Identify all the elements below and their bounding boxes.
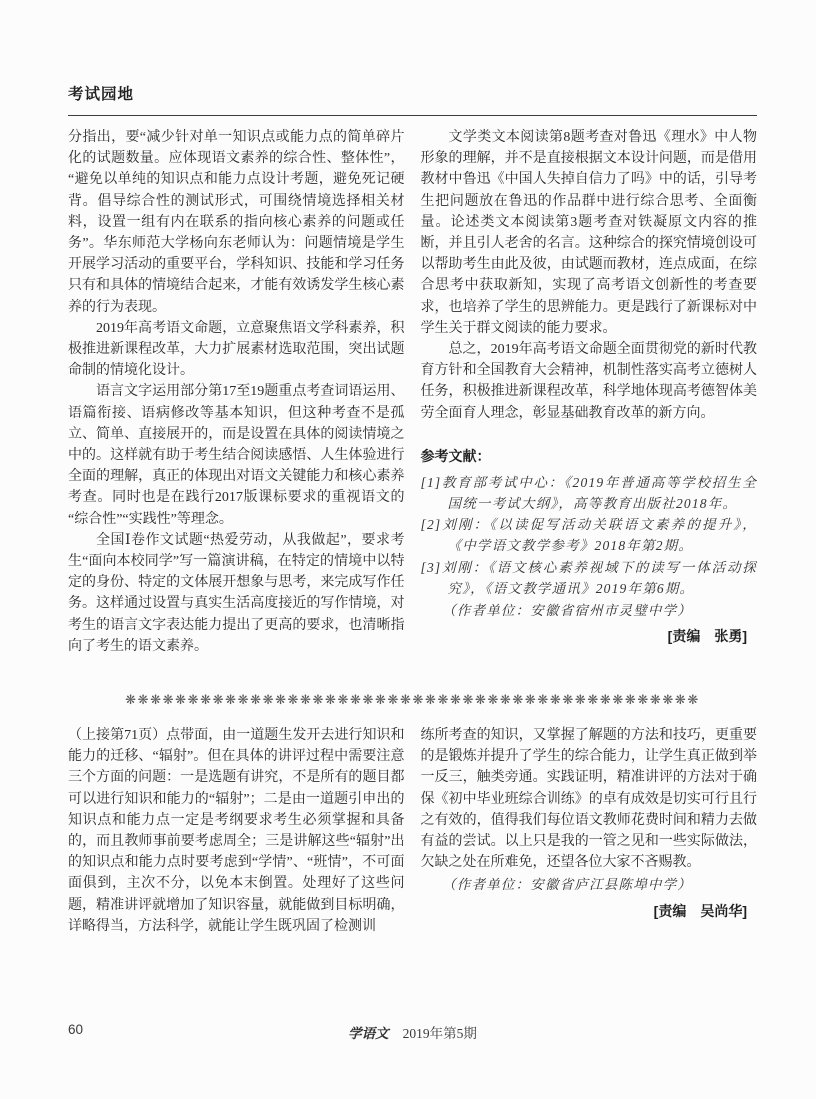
paragraph: 练所考查的知识，又掌握了解题的方法和技巧，更重要的是锻炼并提升了学生的综合能力，… xyxy=(421,725,758,873)
paragraph: （上接第71页）点带面，由一道题生发开去进行知识和能力的迁移、“辐射”。但在具体… xyxy=(68,725,405,937)
article-top: 分指出，要“减少针对单一知识点或能力点的简单碎片化的试题数量。应体现语文素养的综… xyxy=(68,127,757,683)
paragraph: 总之，2019年高考语文命题全面贯彻党的新时代教育方针和全国教育大会精神，机制性… xyxy=(421,339,758,424)
journal-name: 学语文 xyxy=(348,1026,389,1041)
reference-item: [3]刘刚：《语文核心素养视域下的读写一体活动探究》，《语文教学通讯》2019年… xyxy=(421,557,758,599)
page-footer: 60 学语文2019年第5期 xyxy=(0,1022,816,1042)
paragraph: 分指出，要“减少针对单一知识点或能力点的简单碎片化的试题数量。应体现语文素养的综… xyxy=(68,127,405,318)
editor-credit: [责编 张勇] xyxy=(421,626,748,647)
paragraph: 全国Ⅰ卷作文试题“热爱劳动，从我做起”，要求考生“面向本校同学”写一篇演讲稿，在… xyxy=(68,530,405,657)
article-top-right-column: 文学类文本阅读第8题考查对鲁迅《理水》中人物形象的理解，并不是直接根据文本设计问… xyxy=(421,127,758,683)
journal-page: 考试园地 分指出，要“减少针对单一知识点或能力点的简单碎片化的试题数量。应体现语… xyxy=(0,0,816,1099)
author-affiliation-note: （作者单位：安徽省宿州市灵璧中学） xyxy=(421,600,758,621)
paragraph: 2019年高考语文命题，立意聚焦语文学科素养，积极推进新课程改革，大力扩展素材选… xyxy=(68,318,405,382)
article-bottom-left-column: （上接第71页）点带面，由一道题生发开去进行知识和能力的迁移、“辐射”。但在具体… xyxy=(68,725,405,975)
references-heading: 参考文献： xyxy=(421,446,758,466)
editor-credit: [责编 吴尚华] xyxy=(421,901,748,922)
page-number: 60 xyxy=(68,1022,83,1037)
journal-issue: 2019年第5期 xyxy=(403,1026,477,1041)
paragraph: 语言文字运用部分第17至19题重点考查词语运用、语篇衔接、语病修改等基本知识，但… xyxy=(68,381,405,529)
reference-item: [1]教育部考试中心：《2019年普通高等学校招生全国统一考试大纲》，高等教育出… xyxy=(421,472,758,514)
article-top-left-column: 分指出，要“减少针对单一知识点或能力点的简单碎片化的试题数量。应体现语文素养的综… xyxy=(68,127,405,683)
paragraph: 文学类文本阅读第8题考查对鲁迅《理水》中人物形象的理解，并不是直接根据文本设计问… xyxy=(421,127,758,339)
page-header: 考试园地 xyxy=(68,82,757,116)
references-block: 参考文献： [1]教育部考试中心：《2019年普通高等学校招生全国统一考试大纲》… xyxy=(421,446,758,648)
reference-item: [2]刘刚：《以读促写活动关联语文素养的提升》，《中学语文教学参考》2018年第… xyxy=(421,514,758,556)
article-bottom-right-column: 练所考查的知识，又掌握了解题的方法和技巧，更重要的是锻炼并提升了学生的综合能力，… xyxy=(421,725,758,975)
article-bottom: （上接第71页）点带面，由一道题生发开去进行知识和能力的迁移、“辐射”。但在具体… xyxy=(68,725,757,975)
section-title: 考试园地 xyxy=(68,86,134,103)
ornamental-divider: ❋❋❋❋❋❋❋❋❋❋❋❋❋❋❋❋❋❋❋❋❋❋❋❋❋❋❋❋❋❋❋❋❋❋❋❋❋❋❋❋… xyxy=(68,691,757,709)
footer-journal-line: 学语文2019年第5期 xyxy=(68,1022,757,1042)
author-affiliation-note: （作者单位：安徽省庐江县陈埠中学） xyxy=(421,874,758,895)
